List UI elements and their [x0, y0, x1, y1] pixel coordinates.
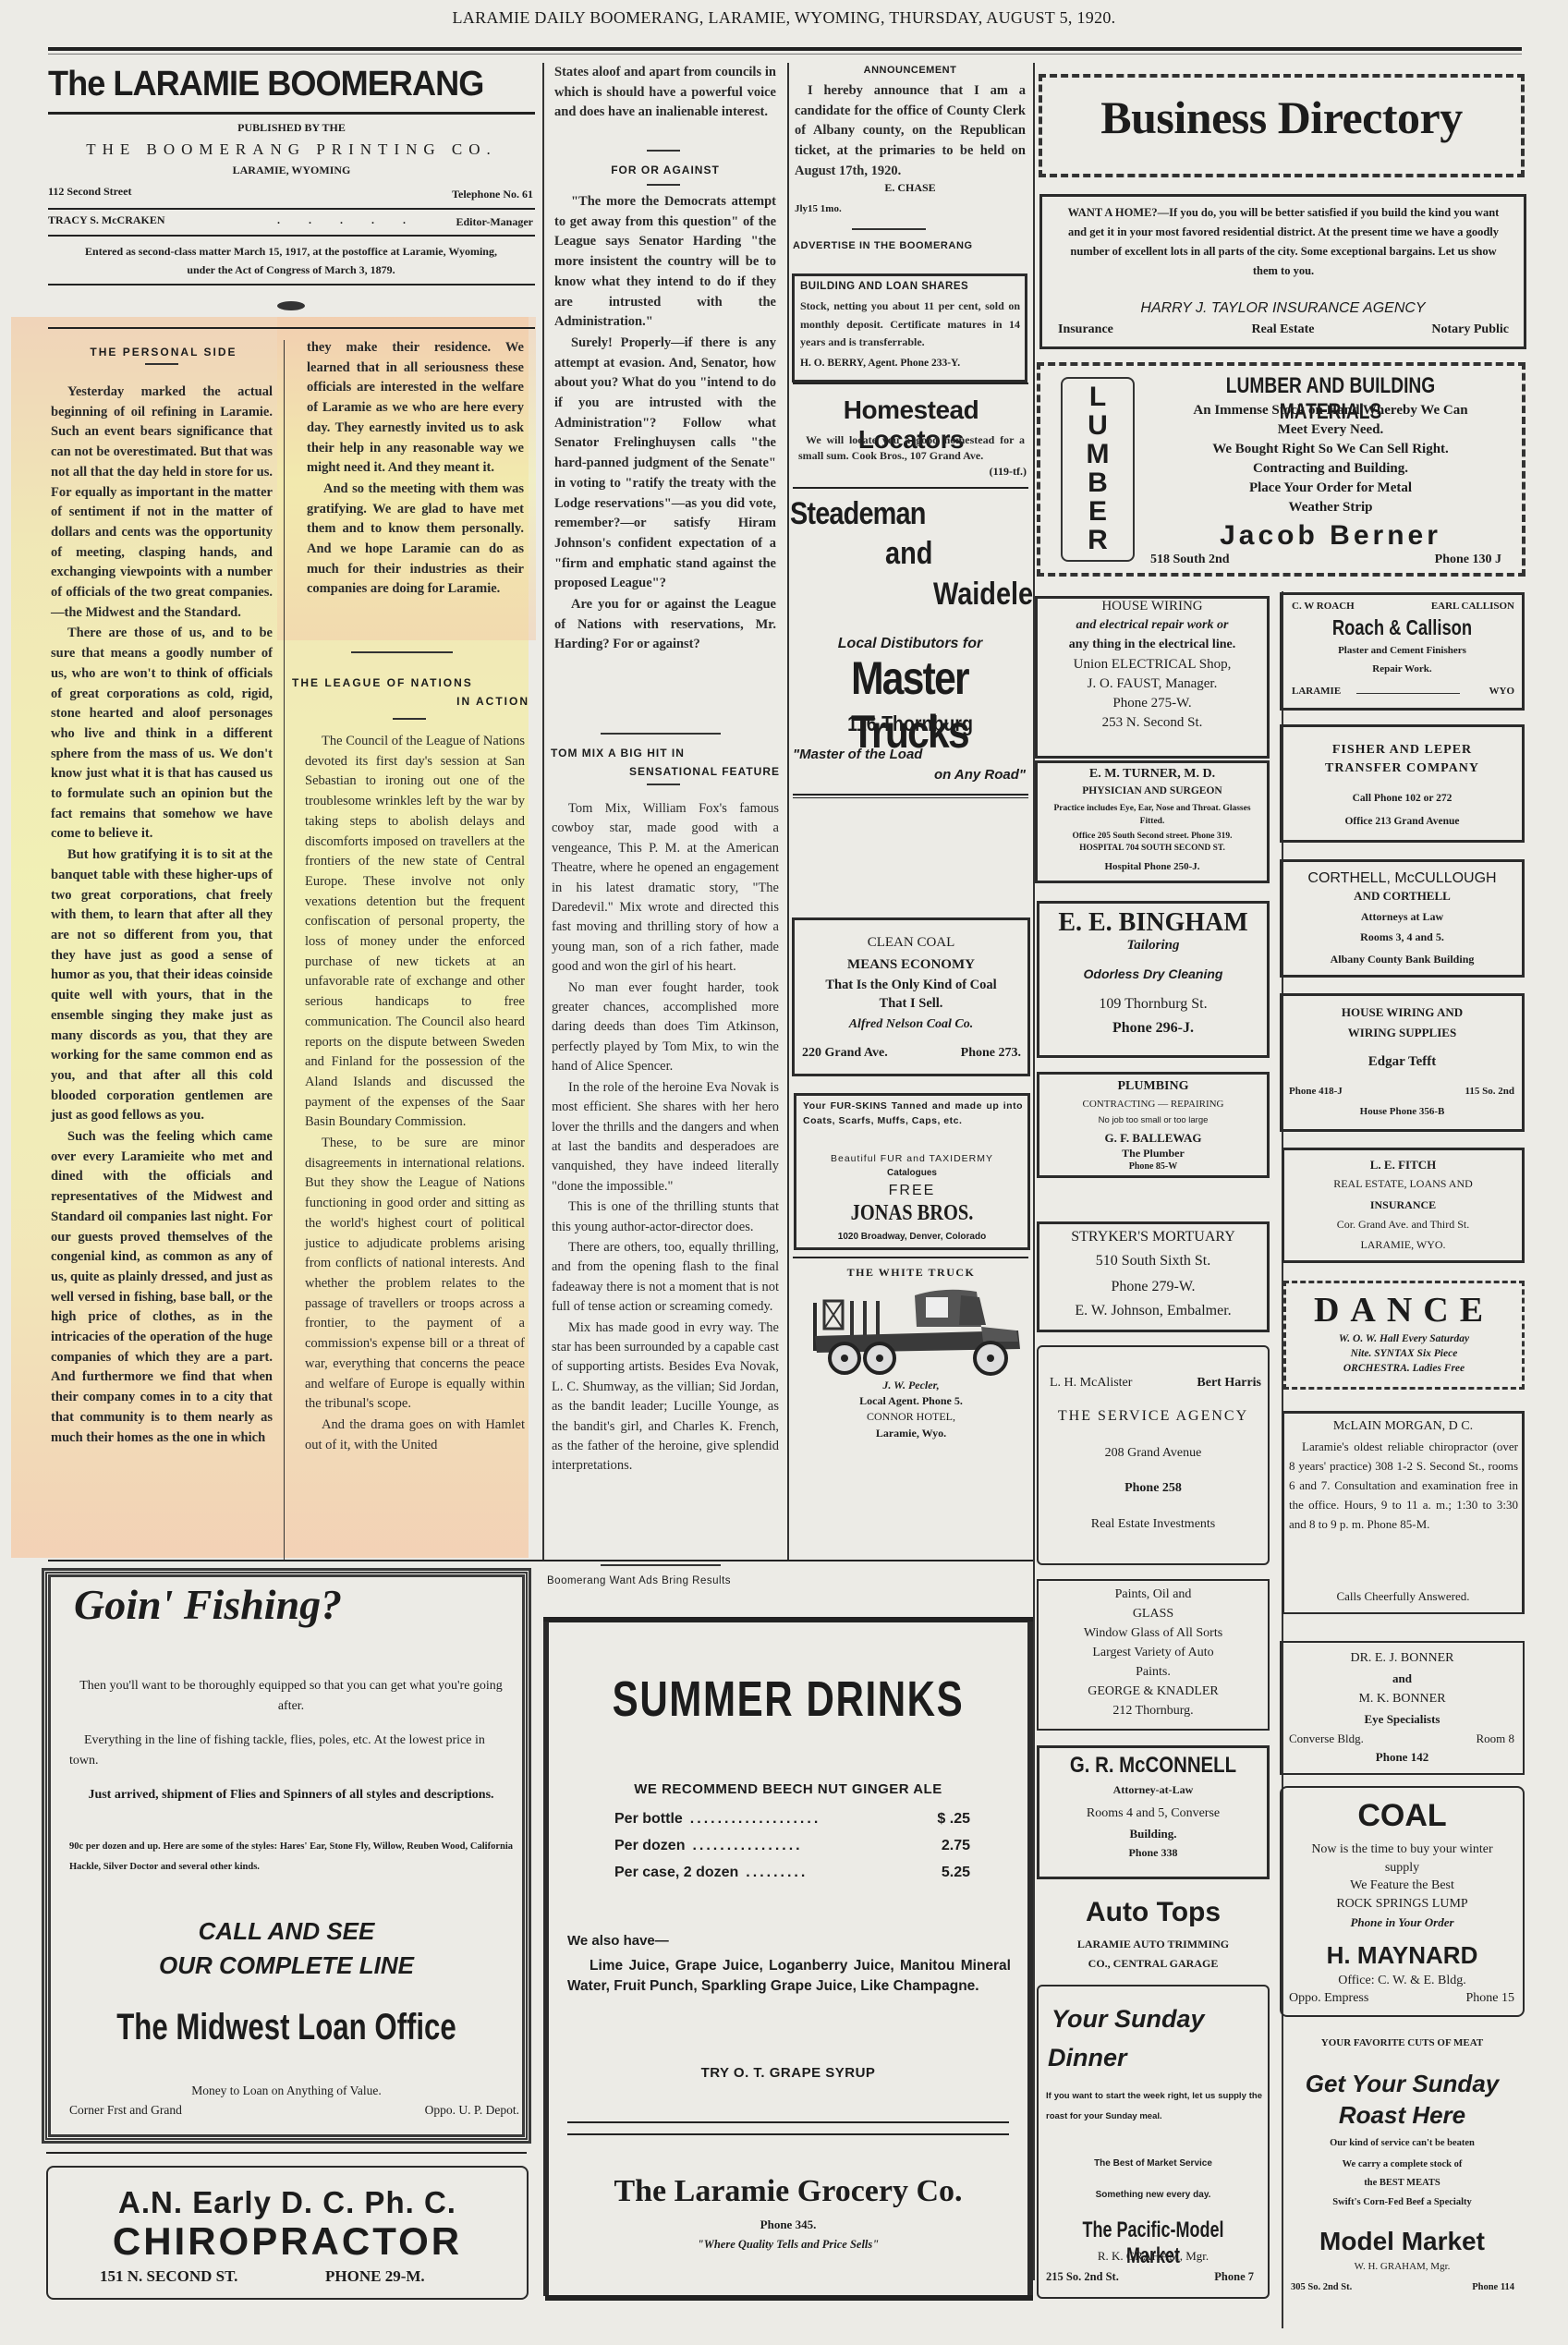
column-divider	[1033, 63, 1035, 2280]
ad-store: The Midwest Loan Office	[95, 2007, 477, 2048]
lumber-phone: Phone 130 J	[1435, 553, 1501, 567]
price-dots: ...................	[690, 1811, 938, 1833]
ad-line: Office: C. W. & E. Bldg.	[1280, 1974, 1525, 1988]
masthead-telephone: Telephone No. 61	[452, 188, 533, 201]
lumber-line: Weather Strip	[1146, 500, 1515, 516]
ad-line: J. O. FAUST, Manager.	[1035, 676, 1270, 692]
ad-line: Hospital Phone 250-J.	[1035, 861, 1270, 872]
ad-line: 305 So. 2nd St.	[1291, 2282, 1352, 2292]
ad-line: Roast Here	[1280, 2101, 1525, 2130]
ad-cta: OUR COMPLETE LINE	[42, 1951, 531, 1980]
ad-line: Odorless Dry Cleaning	[1037, 966, 1270, 981]
ad-line: Practice includes Eye, Ear, Nose and Thr…	[1042, 802, 1262, 828]
ad-line: W. H. GRAHAM, Mgr.	[1280, 2261, 1525, 2272]
ad-line: ORCHESTRA. Ladies Free	[1283, 1363, 1525, 1374]
paragraph: This is one of the thrilling stunts that…	[552, 1197, 779, 1237]
paragraph: Are you for or against the League of Nat…	[554, 595, 776, 655]
ad-text: Stock, netting you about 11 per cent, so…	[800, 298, 1020, 352]
ad-line: Room 8	[1476, 1731, 1514, 1746]
ad-line: M. K. BONNER	[1280, 1692, 1525, 1707]
ad-line: L. H. McAlister	[1050, 1376, 1132, 1391]
ad-line: 109 Thornburg St.	[1037, 996, 1270, 1013]
short-rule	[852, 228, 926, 230]
ad-line: INSURANCE	[1282, 1198, 1525, 1212]
ad-phone: Phone 273.	[961, 1046, 1021, 1061]
ad-title: BUILDING AND LOAN SHARES	[800, 281, 968, 292]
divider	[793, 797, 1028, 798]
ad-line: PHYSICIAN AND SURGEON	[1035, 785, 1270, 796]
ad-line: Phone 275-W.	[1035, 696, 1270, 711]
lumber-line: Contracting and Building.	[1146, 461, 1515, 477]
article-body-col1: Yesterday marked the actual beginning of…	[51, 383, 273, 1448]
ad-slogan: "Master of the Load	[793, 747, 922, 762]
ad-line: No job too small or too large	[1037, 1115, 1270, 1125]
ad-line: 208 Grand Avenue	[1037, 1446, 1270, 1461]
ad-name: Waidele	[933, 577, 1033, 613]
lumber-line: Place Your Order for Metal	[1146, 480, 1515, 496]
ad-line: The Best of Market Service	[1037, 2158, 1270, 2169]
short-rule	[601, 733, 721, 735]
announcement-signature: E. CHASE	[795, 181, 1026, 195]
ad-recommend: WE RECOMMEND BEECH NUT GINGER ALE	[543, 1781, 1033, 1797]
ornament-icon	[277, 301, 305, 310]
article-body: The Council of the League of Nations dev…	[305, 732, 525, 1455]
ad-title: THE WHITE TRUCK	[792, 1266, 1030, 1280]
chiro-title: CHIROPRACTOR	[46, 2219, 529, 2264]
price-dots: .........	[746, 1865, 942, 1887]
entry-notice: Entered as second-class matter March 15,…	[74, 242, 508, 279]
price-row: Per bottle ................... $ .25	[614, 1811, 970, 1833]
ad-line: and electrical repair work or	[1035, 618, 1270, 633]
ad-line: Phone 296-J.	[1037, 1020, 1270, 1037]
grocer-slogan: "Where Quality Tells and Price Sells"	[543, 2238, 1033, 2252]
ad-line: Something new every day.	[1037, 2190, 1270, 2200]
paragraph: Tom Mix, William Fox's famous cowboy sta…	[552, 799, 779, 978]
short-rule	[351, 651, 453, 653]
ad-agent: J. W. Pecler,	[792, 1379, 1030, 1392]
ad-line: 510 South Sixth St.	[1037, 1253, 1270, 1270]
continued-text: States aloof and apart from councils in …	[554, 63, 776, 123]
divider	[793, 383, 1028, 384]
service-notary: Notary Public	[1431, 322, 1509, 337]
article-body: Tom Mix, William Fox's famous cowboy sta…	[552, 799, 779, 1476]
ad-line: STRYKER'S MORTUARY	[1037, 1229, 1270, 1245]
ad-line: Call Phone 102 or 272	[1280, 793, 1525, 804]
ad-line: Union ELECTRICAL Shop,	[1035, 657, 1270, 673]
ad-line: W. O. W. Hall Every Saturday	[1283, 1333, 1525, 1344]
ad-city: Laramie, Wyo.	[792, 1427, 1030, 1440]
ad-line: Roach & Callison	[1305, 615, 1501, 640]
header-rule	[48, 47, 1522, 51]
ad-line: AND CORTHELL	[1280, 889, 1525, 904]
paragraph: These, to be sure are minor disagreement…	[305, 1134, 525, 1415]
ad-line: Nite. SYNTAX Six Piece	[1283, 1348, 1525, 1359]
ad-line: Paints, Oil and	[1037, 1587, 1270, 1602]
divider	[793, 794, 1028, 796]
ad-line: COAL	[1280, 1798, 1525, 1834]
ad-line: 253 N. Second St.	[1035, 715, 1270, 731]
paragraph: No man ever fought harder, took greater …	[552, 978, 779, 1077]
paragraph: The Council of the League of Nations dev…	[305, 732, 525, 1133]
masthead-title: The LARAMIE BOOMERANG	[48, 65, 511, 104]
ad-address: 220 Grand Ave.	[802, 1046, 888, 1061]
want-ads-slogan: Boomerang Want Ads Bring Results	[547, 1575, 783, 1586]
ad-line: Edgar Tefft	[1280, 1054, 1525, 1070]
truck-icon	[806, 1284, 1027, 1377]
ad-line: Phone 15	[1466, 1991, 1515, 2006]
ad-line: Attorney-at-Law	[1037, 1783, 1270, 1797]
ad-line: 115 So. 2nd	[1465, 1086, 1515, 1097]
ad-line: Now is the time to buy your winter suppl…	[1294, 1841, 1511, 1877]
editor-dots: . . . . .	[277, 213, 419, 227]
paragraph: they make their residence. We learned th…	[307, 338, 524, 479]
ad-title: Goin' Fishing?	[74, 1580, 342, 1629]
price-value: 5.25	[942, 1865, 970, 1887]
ad-line: G. R. McCONNELL	[1054, 1753, 1252, 1779]
ad-line: CLEAN COAL	[792, 935, 1030, 951]
chiro-address: 151 N. SECOND ST.	[100, 2267, 237, 2286]
column-divider	[284, 340, 285, 1560]
section-rule	[48, 1560, 1033, 1561]
ad-code: (119-tf.)	[990, 465, 1027, 479]
ad-line: Laramie's oldest reliable chiropractor (…	[1289, 1437, 1518, 1534]
divider	[46, 2152, 527, 2154]
ad-line: FISHER AND LEPER	[1280, 743, 1525, 758]
ad-line: Phone in Your Order	[1280, 1915, 1525, 1930]
ad-line: WIRING SUPPLIES	[1280, 1026, 1525, 1040]
paragraph: And the drama goes on with Hamlet out of…	[305, 1416, 525, 1455]
ad-line: and	[1280, 1671, 1525, 1686]
ad-line: EARL CALLISON	[1431, 601, 1514, 612]
ad-line: Your Sunday	[1051, 2005, 1205, 2034]
article-body-col2: they make their residence. We learned th…	[307, 338, 524, 600]
ad-line: Phone 114	[1472, 2282, 1514, 2292]
ad-line: GEORGE & KNADLER	[1037, 1684, 1270, 1699]
paragraph: There are others, too, equally thrilling…	[552, 1238, 779, 1318]
ad-text: Then you'll want to be thoroughly equipp…	[69, 1676, 513, 1717]
ad-line: G. F. BALLEWAG	[1037, 1131, 1270, 1146]
ad-line: Beautiful FUR and TAXIDERMY	[794, 1153, 1030, 1164]
ad-line: Office 205 South Second street. Phone 31…	[1035, 832, 1270, 841]
ad-line: GLASS	[1037, 1607, 1270, 1622]
ad-line: LARAMIE, WYO.	[1282, 1238, 1525, 1252]
masthead-rule	[48, 208, 535, 210]
ad-title: SUMMER DRINKS	[597, 1671, 978, 1728]
ad-line: Phone 338	[1037, 1846, 1270, 1860]
ad-line: Office 213 Grand Avenue	[1280, 816, 1525, 827]
ad-line: We Feature the Best	[1280, 1878, 1525, 1893]
paragraph: "The more the Democrats attempt to get a…	[554, 192, 776, 333]
chiro-name: A.N. Early D. C. Ph. C.	[46, 2185, 529, 2220]
ad-line: WYO	[1489, 686, 1515, 697]
lumber-vertical-text: LUMBER	[1081, 383, 1114, 554]
ad-line: TRANSFER COMPANY	[1280, 761, 1525, 776]
ad-line: LARAMIE AUTO TRIMMING	[1037, 1938, 1270, 1951]
ad-line: the BEST MEATS	[1280, 2178, 1525, 2188]
header-rule-thin	[48, 54, 1522, 55]
ad-line: Calls Cheerfully Answered.	[1282, 1589, 1525, 1604]
ad-phone: Local Agent. Phone 5.	[792, 1394, 1030, 1408]
ad-line: Our kind of service can't be beaten	[1280, 2138, 1525, 2148]
paragraph: Such was the feeling which came over eve…	[51, 1127, 273, 1448]
article-title: TOM MIX A BIG HIT IN	[551, 747, 685, 759]
grocer-name: The Laramie Grocery Co.	[543, 2174, 1033, 2209]
ad-border	[543, 2033, 1033, 2296]
ad-line: ROCK SPRINGS LUMP	[1280, 1897, 1525, 1912]
ad-text: Everything in the line of fishing tackle…	[69, 1731, 513, 1771]
ad-line: R. K. GRAHAM, Mgr.	[1037, 2249, 1270, 2264]
price-label: Per case, 2 dozen	[614, 1865, 738, 1887]
published-by: PUBLISHED BY THE	[48, 121, 535, 135]
ad-line: REAL ESTATE, LOANS AND	[1282, 1177, 1525, 1191]
paragraph: In the role of the heroine Eva Novak is …	[552, 1078, 779, 1197]
ad-line: DR. E. J. BONNER	[1280, 1651, 1525, 1666]
ad-line: PLUMBING	[1037, 1079, 1270, 1094]
article-title: THE LEAGUE OF NATIONS	[292, 676, 473, 689]
ad-line: We carry a complete stock of	[1280, 2159, 1525, 2169]
masthead-rule	[48, 235, 535, 237]
paragraph: But how gratifying it is to sit at the b…	[51, 845, 273, 1126]
ad-line: Rooms 4 and 5, Converse	[1037, 1806, 1270, 1821]
ad-line: Dinner	[1048, 2044, 1127, 2072]
ad-line: Model Market	[1280, 2227, 1525, 2256]
lumber-line: We Bought Right So We Can Sell Right.	[1146, 442, 1515, 457]
ad-line: E. W. Johnson, Embalmer.	[1037, 1303, 1270, 1319]
ad-line: Phone 85-W	[1037, 1161, 1270, 1172]
price-value: $ .25	[937, 1811, 970, 1833]
short-rule	[601, 1564, 721, 1566]
ad-name: Steademan	[790, 496, 926, 532]
article-title: IN ACTION	[292, 695, 529, 708]
ad-line: Converse Bldg.	[1289, 1731, 1364, 1746]
announcement-text: I hereby announce that I am a candidate …	[795, 81, 1026, 182]
ad-line: HOUSE WIRING	[1035, 599, 1270, 614]
ad-line: Get Your Sunday	[1280, 2070, 1525, 2098]
lumber-address: 518 South 2nd	[1150, 553, 1230, 567]
divider	[793, 1257, 1028, 1258]
ad-product: Master Trucks	[806, 651, 1014, 759]
ad-line: Your FUR-SKINS Tanned and made up into C…	[803, 1100, 1023, 1128]
ad-address: Oppo. U. P. Depot.	[425, 2103, 519, 2118]
masthead-address: 112 Second Street	[48, 185, 131, 199]
grocer-phone: Phone 345.	[543, 2217, 1033, 2232]
column-divider	[787, 63, 789, 1560]
ad-line: C. W ROACH	[1292, 601, 1355, 612]
directory-title: Business Directory	[1039, 91, 1525, 144]
ad-line: DANCE	[1283, 1290, 1525, 1330]
ad-address: 116 Thornburg	[809, 711, 1011, 736]
ad-line: That Is the Only Kind of Coal	[792, 978, 1030, 993]
article-body: "The more the Democrats attempt to get a…	[554, 192, 776, 655]
paragraph: Yesterday marked the actual beginning of…	[51, 383, 273, 623]
ad-line: That I Sell.	[792, 996, 1030, 1012]
ad-line: E. E. BINGHAM	[1037, 908, 1270, 938]
short-rule	[647, 150, 680, 152]
ad-subtitle: Local Distibutors for	[792, 636, 1028, 652]
article-title: FOR OR AGAINST	[554, 164, 776, 176]
ad-slogan: on Any Road"	[793, 767, 1026, 783]
ad-line: HOSPITAL 704 SOUTH SECOND ST.	[1035, 844, 1270, 853]
divider	[545, 2295, 1033, 2301]
section-rule	[48, 327, 535, 329]
masthead-rule	[48, 112, 535, 115]
ad-line: Largest Variety of Auto	[1037, 1646, 1270, 1660]
ad-cta: CALL AND SEE	[42, 1917, 531, 1946]
want-home-text: WANT A HOME?—If you do, you will be bett…	[1058, 203, 1509, 281]
ad-line: Phone 418-J	[1289, 1086, 1343, 1097]
price-row: Per case, 2 dozen ......... 5.25	[614, 1865, 970, 1887]
editor-role: Editor-Manager	[456, 215, 533, 229]
ad-line: CONTRACTING — REPAIRING	[1037, 1099, 1270, 1110]
ad-line: Tailoring	[1037, 938, 1270, 954]
ad-agent: H. O. BERRY, Agent. Phone 233-Y.	[800, 358, 960, 369]
announcement-code: Jly15 1mo.	[795, 203, 842, 214]
masthead-city: LARAMIE, WYOMING	[48, 164, 535, 177]
ad-line: Swift's Corn-Fed Beef a Specialty	[1280, 2197, 1525, 2207]
ad-list: Lime Juice, Grape Juice, Loganberry Juic…	[567, 1956, 1011, 1997]
ad-line: E. M. TURNER, M. D.	[1035, 767, 1270, 782]
short-rule	[393, 718, 426, 720]
ad-line: LARAMIE	[1292, 686, 1341, 697]
ad-line: Eye Specialists	[1280, 1712, 1525, 1727]
ad-line: CO., CENTRAL GARAGE	[1037, 1957, 1270, 1971]
ad-line: HOUSE WIRING AND	[1280, 1005, 1525, 1020]
price-value: 2.75	[942, 1838, 970, 1860]
ad-line: Rooms 3, 4 and 5.	[1280, 930, 1525, 944]
agency-name: HARRY J. TAYLOR INSURANCE AGENCY	[1039, 300, 1526, 317]
paragraph: Surely! Properly—if there is any attempt…	[554, 334, 776, 594]
paragraph: Mix has made good in evry way. The star …	[552, 1318, 779, 1476]
ad-line: Real Estate Investments	[1037, 1517, 1270, 1532]
page-dateline: LARAMIE DAILY BOOMERANG, LARAMIE, WYOMIN…	[0, 8, 1568, 28]
price-label: Per dozen	[614, 1838, 685, 1860]
ad-line: Cor. Grand Ave. and Third St.	[1282, 1218, 1525, 1232]
ad-line: YOUR FAVORITE CUTS OF MEAT	[1280, 2037, 1525, 2048]
ad-line: any thing in the electrical line.	[1035, 638, 1270, 652]
ad-line: Phone 142	[1280, 1750, 1525, 1765]
paragraph: There are those of us, and to be sure th…	[51, 624, 273, 844]
price-dots: ................	[692, 1838, 941, 1860]
ad-line: If you want to start the week right, let…	[1046, 2086, 1262, 2127]
publisher-name: THE BOOMERANG PRINTING CO.	[48, 140, 535, 159]
ad-line: 215 So. 2nd St.	[1046, 2270, 1119, 2284]
short-rule	[145, 363, 178, 365]
ad-line: L. E. FITCH	[1282, 1158, 1525, 1172]
ad-line: CORTHELL, McCULLOUGH	[1280, 870, 1525, 887]
ad-line: Oppo. Empress	[1289, 1991, 1368, 2006]
ad-line: H. MAYNARD	[1280, 1941, 1525, 1970]
lumber-line: An Immense Stock on Hand Whereby We Can	[1146, 403, 1515, 419]
ad-address: 1020 Broadway, Denver, Colorado	[794, 1232, 1030, 1242]
ad-tagline: Money to Loan on Anything of Value.	[42, 2084, 531, 2098]
lumber-line: Meet Every Need.	[1146, 422, 1515, 438]
ad-line: Plaster and Cement Finishers	[1280, 645, 1525, 656]
ad-text: 90c per dozen and up. Here are some of t…	[69, 1837, 513, 1877]
ad-line: The Plumber	[1037, 1147, 1270, 1160]
ad-name: JONAS BROS.	[811, 1201, 1013, 1226]
ad-line: Bert Harris	[1197, 1376, 1261, 1391]
paragraph: And so the meeting with them was gratify…	[307, 480, 524, 600]
chiro-phone: PHONE 29-M.	[325, 2267, 425, 2286]
ad-line: Building.	[1037, 1827, 1270, 1841]
ad-line: Phone 258	[1037, 1481, 1270, 1496]
editor-name: TRACY S. McCRAKEN	[48, 213, 165, 227]
ad-line: Catalogues	[794, 1168, 1030, 1178]
ad-line: Window Glass of All Sorts	[1037, 1626, 1270, 1641]
ad-line: MEANS ECONOMY	[792, 957, 1030, 973]
ad-line: THE SERVICE AGENCY	[1037, 1408, 1270, 1425]
ad-text: We will locate you a good homestead for …	[798, 432, 1025, 464]
price-row: Per dozen ................ 2.75	[614, 1838, 970, 1860]
ad-line: Paints.	[1037, 1665, 1270, 1680]
lumber-name: Jacob Berner	[1146, 520, 1515, 552]
ad-free: FREE	[794, 1183, 1030, 1199]
ad-line: Albany County Bank Building	[1280, 953, 1525, 966]
ad-line: 212 Thornburg.	[1037, 1704, 1270, 1719]
article-title: SENSATIONAL FEATURE	[551, 765, 780, 778]
ad-line: Repair Work.	[1280, 663, 1525, 674]
ad-company: Alfred Nelson Coal Co.	[792, 1017, 1030, 1032]
ad-line: Attorneys at Law	[1280, 910, 1525, 924]
column-divider	[542, 63, 544, 1560]
price-label: Per bottle	[614, 1811, 683, 1833]
ad-line: McLAIN MORGAN, D C.	[1282, 1419, 1525, 1434]
article-title: THE PERSONAL SIDE	[48, 346, 279, 358]
short-rule	[647, 184, 680, 186]
ad-address: Corner Frst and Grand	[69, 2103, 182, 2118]
divider	[793, 487, 1028, 489]
ad-name: and	[885, 536, 932, 572]
ad-also: We also have—	[567, 1933, 669, 1949]
advertise-slogan: ADVERTISE IN THE BOOMERANG	[793, 240, 1029, 251]
ad-line: Phone 279-W.	[1037, 1279, 1270, 1295]
short-rule	[647, 784, 680, 785]
ad-text: Just arrived, shipment of Flies and Spin…	[69, 1785, 513, 1805]
ad-line: House Phone 356-B	[1280, 1106, 1525, 1117]
announcement-title: ANNOUNCEMENT	[795, 65, 1026, 76]
ad-hotel: CONNOR HOTEL,	[792, 1410, 1030, 1424]
ad-rule	[1356, 693, 1460, 694]
ad-line: Phone 7	[1214, 2270, 1254, 2284]
masthead-rule	[48, 284, 535, 286]
ad-line: Auto Tops	[1037, 1897, 1270, 1928]
